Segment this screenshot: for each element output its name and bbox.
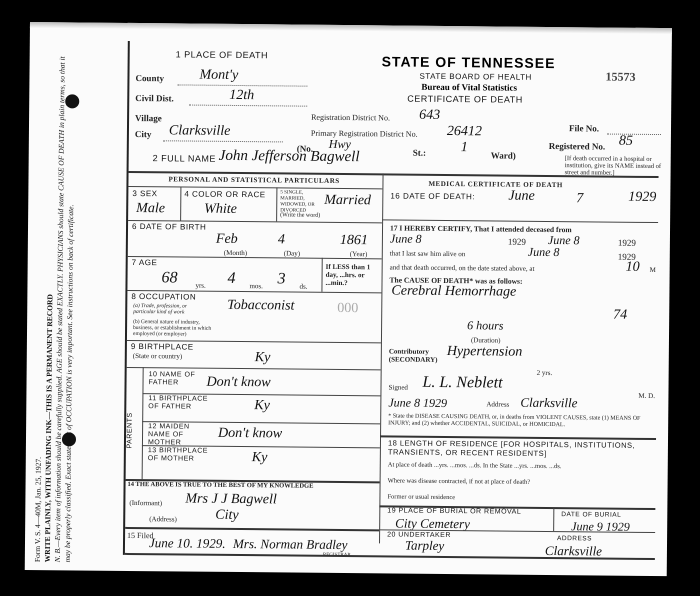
father-bp-label: 11 BIRTHPLACE OF FATHER [148,395,218,412]
contrib-duration: 2 yrs. [537,369,553,377]
reg-district-value: 643 [419,108,440,124]
primary-reg-label: Primary Registration District No. [311,129,418,139]
county-label: County [135,73,164,83]
residence-place: At place of death ...yrs. ...mos. ...ds.… [388,461,658,471]
age-years: 68 [161,269,177,287]
physician-signature: L. L. Neblett [422,374,502,393]
personal-header: PERSONAL AND STATISTICAL PARTICULARS [168,175,339,185]
m-label: M [650,266,656,274]
burial-date-label: DATE OF BURIAL [561,511,621,519]
occupation-code: 000 [337,301,358,317]
residence-former: Former or usual residence [387,493,455,501]
reg-district-label: Registration District No. [311,113,390,123]
occurred-label: and that death occurred, on the date sta… [390,263,535,272]
marital-value: Married [324,193,371,209]
color-label: 4 COLOR OR RACE [184,189,265,199]
cause-footnote: * State the DISEASE CAUSING DEATH, or, i… [388,413,658,430]
registrar-name: Mrs. Norman Bradley [233,536,348,553]
primary-reg-value: 26412 [447,124,482,140]
birthplace-value: Ky [255,350,271,366]
father-bp-value: Ky [254,398,270,414]
place-of-death-label: 1 PLACE OF DEATH [176,49,268,60]
sign-address-label: Address [486,400,509,408]
undertaker-value: Tarpley [405,538,444,554]
dod-month: June [508,189,535,205]
address-value: City [215,508,238,524]
dob-month: Feb [216,232,238,248]
informant-value: Mrs J J Bagwell [185,492,277,509]
hospital-note: [If death occurred in a hospital or inst… [565,155,665,177]
father-label: 10 NAME OF FATHER [149,371,205,388]
city-value: Clarksville [169,123,231,140]
occupation-value: Tobacconist [227,298,294,315]
mother-value: Don't know [218,426,282,443]
to-year: 1929 [618,238,636,248]
parents-label: PARENTS [126,412,133,448]
cause-code: 74 [613,308,627,324]
dod-label: 16 DATE OF DEATH: [390,191,475,201]
dob-day: 4 [278,232,285,248]
ward-value: 1 [461,140,468,156]
from-year: 1929 [508,237,526,247]
occ-a-label: (a) Trade, profession, or particular kin… [133,303,203,316]
board-name: STATE BOARD OF HEALTH [419,72,531,82]
birthplace-hint: (State or country) [133,352,182,360]
medical-header: MEDICAL CERTIFICATE OF DEATH [428,180,562,189]
full-name-value: John Jefferson Bagwell [219,148,360,166]
instructions-note: N. B.—Every item of information should b… [53,42,78,562]
contributory-value: Hypertension [447,344,523,361]
informant-label: (Informant) [129,499,162,507]
file-no-label: File No. [569,123,599,133]
dob-label: 6 DATE OF BIRTH [132,222,206,232]
civil-dist-label: Civil Dist. [135,93,174,103]
time-value: 10 [626,260,640,276]
age-months: 4 [227,270,235,288]
sign-address: Clarksville [520,395,577,412]
state-title: STATE OF TENNESSEE [382,53,556,71]
village-label: Village [135,113,162,123]
age-days: 3 [277,270,285,288]
death-certificate: Form V. S. 4—40M, Jan. 25, 1927. WRITE P… [25,22,672,576]
certificate-form: 1 PLACE OF DEATH STATE OF TENNESSEE STAT… [123,41,666,560]
cause-value: Cerebral Hemorrhage [391,283,516,300]
dod-year: 1929 [628,190,656,206]
md-label: M. D. [638,392,655,400]
true-statement-label: 14 THE ABOVE IS TRUE TO THE BEST OF MY K… [128,481,314,490]
birthplace-label: 9 BIRTHPLACE [131,342,194,352]
full-name-label: 2 FULL NAME [153,153,216,164]
yrs-label: yrs. [195,282,205,290]
occupation-label: 8 OCCUPATION [131,292,196,302]
st-label: St.: [413,148,426,158]
sign-date: June 8 1929 [388,395,447,411]
duration-value: 6 hours [467,318,503,333]
signed-label: Signed [388,383,408,391]
marital-label: 5 SINGLE, MARRIED, WIDOWED, OR DIVORCED [280,190,320,214]
cert-title: CERTIFICATE OF DEATH [407,94,523,105]
duration-label: (Duration) [471,336,501,344]
father-value: Don't know [206,375,270,392]
dob-year: 1861 [340,233,368,249]
filed-date: June 10. 1929. [149,535,226,552]
age-label: 7 AGE [132,258,158,267]
sex-value: Male [136,201,165,217]
contributory-label: Contributory (SECONDARY) [389,347,439,363]
burial-label: 19 PLACE OF BURIAL OR REMOVAL [387,507,521,515]
last-saw-value: June 8 [528,245,560,260]
bureau-name: Bureau of Vital Statistics [421,82,517,93]
cert-number: 15573 [605,70,635,85]
color-value: White [204,202,237,218]
sex-label: 3 SEX [132,189,157,198]
city-label: City [135,129,152,139]
ward-label: Ward) [491,150,516,160]
residence-where: Where was disease contracted, if not at … [388,477,658,487]
dod-day: 7 [576,191,583,207]
marital-hint: (Write the word) [280,212,320,218]
undertaker-address-label: ADDRESS [557,535,592,542]
day-label: (Day) [284,249,300,257]
mos-label: mos. [249,282,262,290]
mother-bp-label: 13 BIRTHPLACE OF MOTHER [148,447,210,464]
civil-dist-value: 12th [229,88,254,104]
less-than-day-label: If LESS than 1 day, ...hrs. or ...min.? [325,263,379,288]
address-label: (Address) [149,515,177,523]
year-label: (Year) [350,250,368,258]
mother-label: 12 MAIDEN NAME OF MOTHER [148,423,208,448]
month-label: (Month) [224,249,247,257]
registered-no-label: Registered No. [549,141,605,152]
mother-bp-value: Ky [252,450,268,466]
side-margin-instructions: Form V. S. 4—40M, Jan. 25, 1927. WRITE P… [33,42,78,562]
occ-b-label: (b) General nature of industry, business… [133,319,213,338]
attended-from: June 8 [390,231,422,246]
registered-no-value: 85 [619,134,633,150]
county-value: Mont'y [199,68,238,84]
last-saw-label: that I last saw him alive on [390,249,466,258]
residence-label: 18 LENGTH OF RESIDENCE [FOR HOSPITALS, I… [388,438,658,459]
ds-label: ds. [299,283,307,291]
